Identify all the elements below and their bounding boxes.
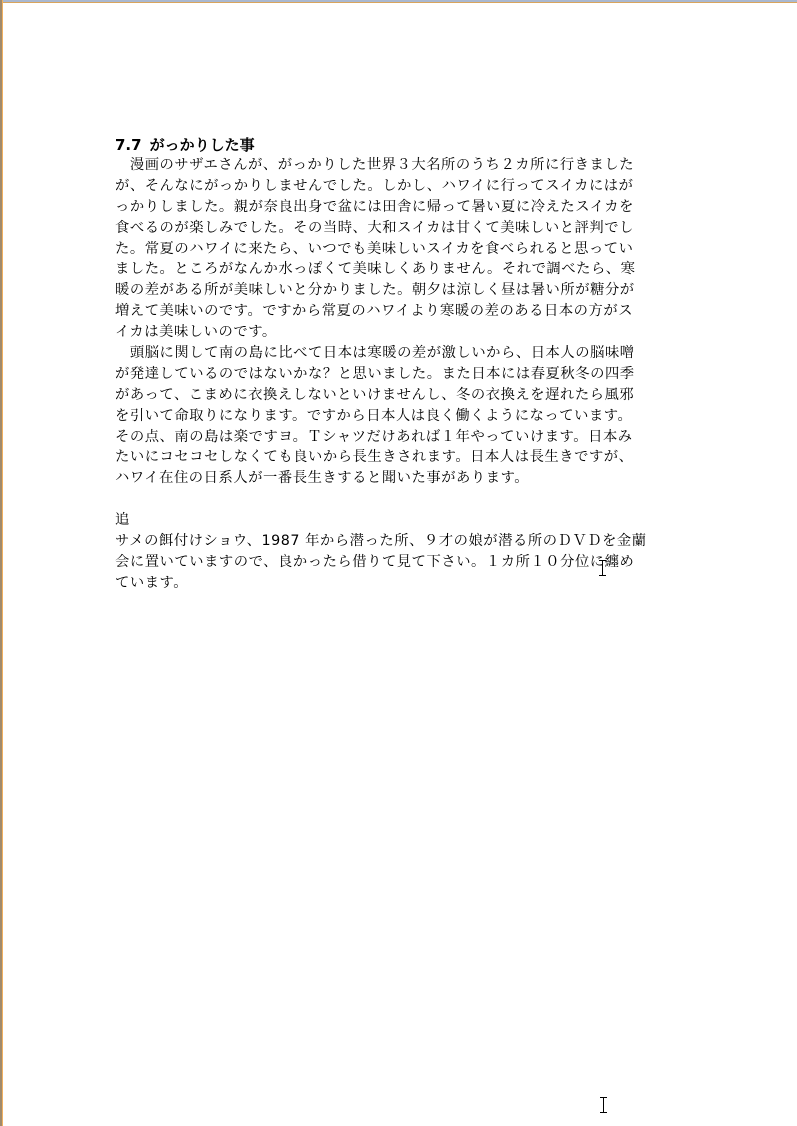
text-line: が発達しているのではないかな？と思いました。また日本には春夏秋冬の四季 [115, 364, 680, 385]
text-line: が、そんなにがっかりしませんでした。しかし、ハワイに行ってスイカにはが [115, 176, 680, 197]
postscript-label: 追 [115, 510, 680, 531]
window-top-edge [0, 0, 797, 3]
window-left-edge [0, 0, 3, 1126]
document-window: 7.7がっかりした事 漫画のサザエさんが、がっかりした世界３大名所のうち２カ所に… [0, 0, 797, 1126]
text-cursor-icon [599, 560, 606, 576]
text-line: ハワイ在住の日系人が一番長生きすると聞いた事があります。 [115, 468, 680, 489]
paragraph-brain: 頭脳に関して南の島に比べて日本は寒暖の差が激しいから、日本人の脳味噌 が発達して… [115, 343, 680, 489]
section-title: がっかりした事 [150, 136, 255, 154]
text-line: その点、南の島は楽ですヨ。Ｔシャツだけあれば１年やっていけます。日本み [115, 427, 680, 448]
text-line: 頭脳に関して南の島に比べて日本は寒暖の差が激しいから、日本人の脳味噌 [115, 343, 680, 364]
text-line: 暖の差がある所が美味しいと分かりました。朝夕は涼しく昼は暑い所が糖分が [115, 280, 680, 301]
text-line: 会に置いていますので、良かったら借りて見て下さい。１カ所１０分位に纏め [115, 552, 680, 573]
text-line: っかりしました。親が奈良出身で盆には田舎に帰って暑い夏に冷えたスイカを [115, 197, 680, 218]
paragraph-watermelon: 漫画のサザエさんが、がっかりした世界３大名所のうち２カ所に行きました が、そんな… [115, 155, 680, 343]
text-cursor-icon [600, 1097, 607, 1113]
section-number: 7.7 [115, 136, 142, 154]
document-page[interactable]: 7.7がっかりした事 漫画のサザエさんが、がっかりした世界３大名所のうち２カ所に… [115, 135, 680, 594]
text-line: ました。ところがなんか水っぽくて美味しくありません。それで調べたら、寒 [115, 259, 680, 280]
text-line: ています。 [115, 573, 680, 594]
section-heading: 7.7がっかりした事 [115, 135, 680, 155]
text-line: 食べるのが楽しみでした。その当時、大和スイカは甘くて美味しいと評判でし [115, 218, 680, 239]
text-line: を引いて命取りになります。ですから日本人は良く働くようになっています。 [115, 406, 680, 427]
text-line: 増えて美味いのです。ですから常夏のハワイより寒暖の差のある日本の方がス [115, 301, 680, 322]
text-line: たいにコセコセしなくても良いから長生きされます。日本人は長生きですが、 [115, 447, 680, 468]
postscript: 追 サメの餌付けショウ、1987 年から潜った所、９才の娘が潜る所のＤＶＤを金蘭… [115, 510, 680, 594]
text-line: サメの餌付けショウ、1987 年から潜った所、９才の娘が潜る所のＤＶＤを金蘭 [115, 531, 680, 552]
text-line: 漫画のサザエさんが、がっかりした世界３大名所のうち２カ所に行きました [115, 155, 680, 176]
text-line: イカは美味しいのです。 [115, 322, 680, 343]
blank-line [115, 489, 680, 510]
text-line: た。常夏のハワイに来たら、いつでも美味しいスイカを食べられると思ってい [115, 239, 680, 260]
text-line: があって、こまめに衣換えしないといけませんし、冬の衣換えを遅れたら風邪 [115, 385, 680, 406]
